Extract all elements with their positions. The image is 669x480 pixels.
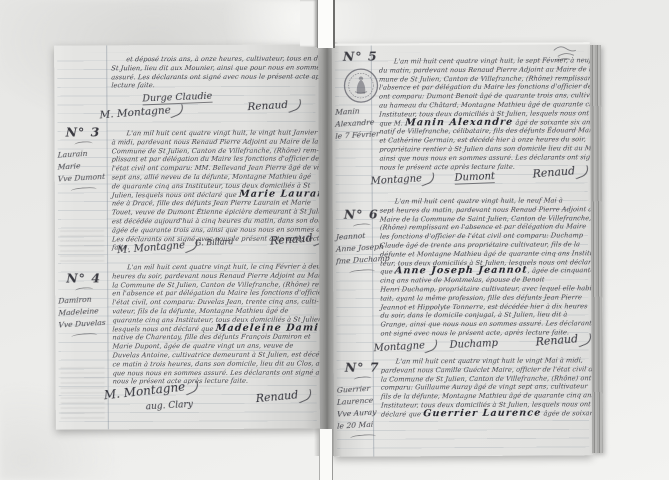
margin-deceased-name: DamironMadeleineVve Duvelas	[58, 295, 109, 331]
handwritten-line: heures du soir, pardevant nous Renaud Pi…	[112, 271, 315, 281]
register-scan: et déposé trois ans, à onze heures, cult…	[0, 0, 669, 480]
flourish	[348, 269, 374, 277]
book-page-block-edge	[590, 45, 603, 453]
signature-renaud: Renaud	[532, 163, 589, 180]
entry-number: N° 4	[58, 271, 109, 285]
act-continuation: et déposé trois ans, à onze heures, cult…	[111, 54, 313, 90]
signature-clary: aug. Clary	[145, 400, 193, 413]
page-edge-strip	[319, 429, 333, 480]
signature-montagne: M. Montagne	[99, 103, 185, 121]
page-edge-strip	[300, 0, 317, 47]
signature-montagne: Montagne	[373, 339, 439, 354]
entry-number: N° 3	[58, 125, 109, 139]
handwritten-line: St Julien, lieu dit aux Mounier, ainsi q…	[111, 63, 314, 73]
margin-name-line: Vve Dumont	[58, 171, 109, 186]
act-entry-6: L'an mil huit cent quatre vingt huit, le…	[380, 196, 587, 338]
signature-duchamp: Duchamp	[449, 338, 498, 351]
margin-note-entry-3: N° 3 LaurainMarieVve Dumont	[58, 125, 109, 195]
signature-renaud: Renaud	[270, 230, 320, 247]
handwritten-line: à midi, pardevant nous Renaud Pierre Adj…	[111, 137, 314, 147]
handwritten-line: ce matin à trois heures, dans son domici…	[112, 359, 315, 369]
handwritten-line: lecture faite.	[111, 81, 314, 91]
act-entry-4: L'an mil huit cent quatre vingt huit, le…	[112, 262, 315, 386]
page-edge-strip	[317, 0, 335, 48]
bleedthrough-text	[60, 230, 104, 264]
signature-montagne: Montagne	[370, 172, 436, 187]
margin-name-line: le 20 Mai	[337, 418, 388, 433]
act-entry-5: L'an mil huit cent quatre vingt huit, le…	[379, 56, 586, 172]
margin-name-line: Vve Duvelas	[58, 317, 109, 332]
act-entry-7: L'an mil huit cent quatre vingt huit le …	[381, 356, 587, 419]
signature-renaud: Renaud	[247, 98, 302, 113]
signature-renaud: Renaud	[535, 331, 592, 348]
margin-deceased-name: LaurainMarieVve Dumont	[58, 149, 109, 185]
signature-renaud: Renaud	[255, 387, 313, 405]
official-seal-stamp	[341, 67, 379, 105]
handwritten-line: déclaré que Guerrier Laurence âgée de so…	[381, 409, 588, 419]
flourish	[71, 332, 97, 340]
signature-dumont: Dumont	[454, 171, 495, 185]
left-page: et déposé trois ans, à onze heures, cult…	[54, 44, 320, 429]
flourish	[70, 186, 96, 194]
bleedthrough-text	[61, 367, 105, 419]
flourish	[349, 434, 375, 442]
margin-note-entry-4: N° 4 DamironMadeleineVve Duvelas	[58, 271, 109, 341]
right-page: N° 5 ManinAlexandrele 7 Février L'an mil…	[332, 42, 593, 457]
margin-rule	[106, 45, 109, 429]
signature-billard: G. Billard	[195, 237, 234, 248]
